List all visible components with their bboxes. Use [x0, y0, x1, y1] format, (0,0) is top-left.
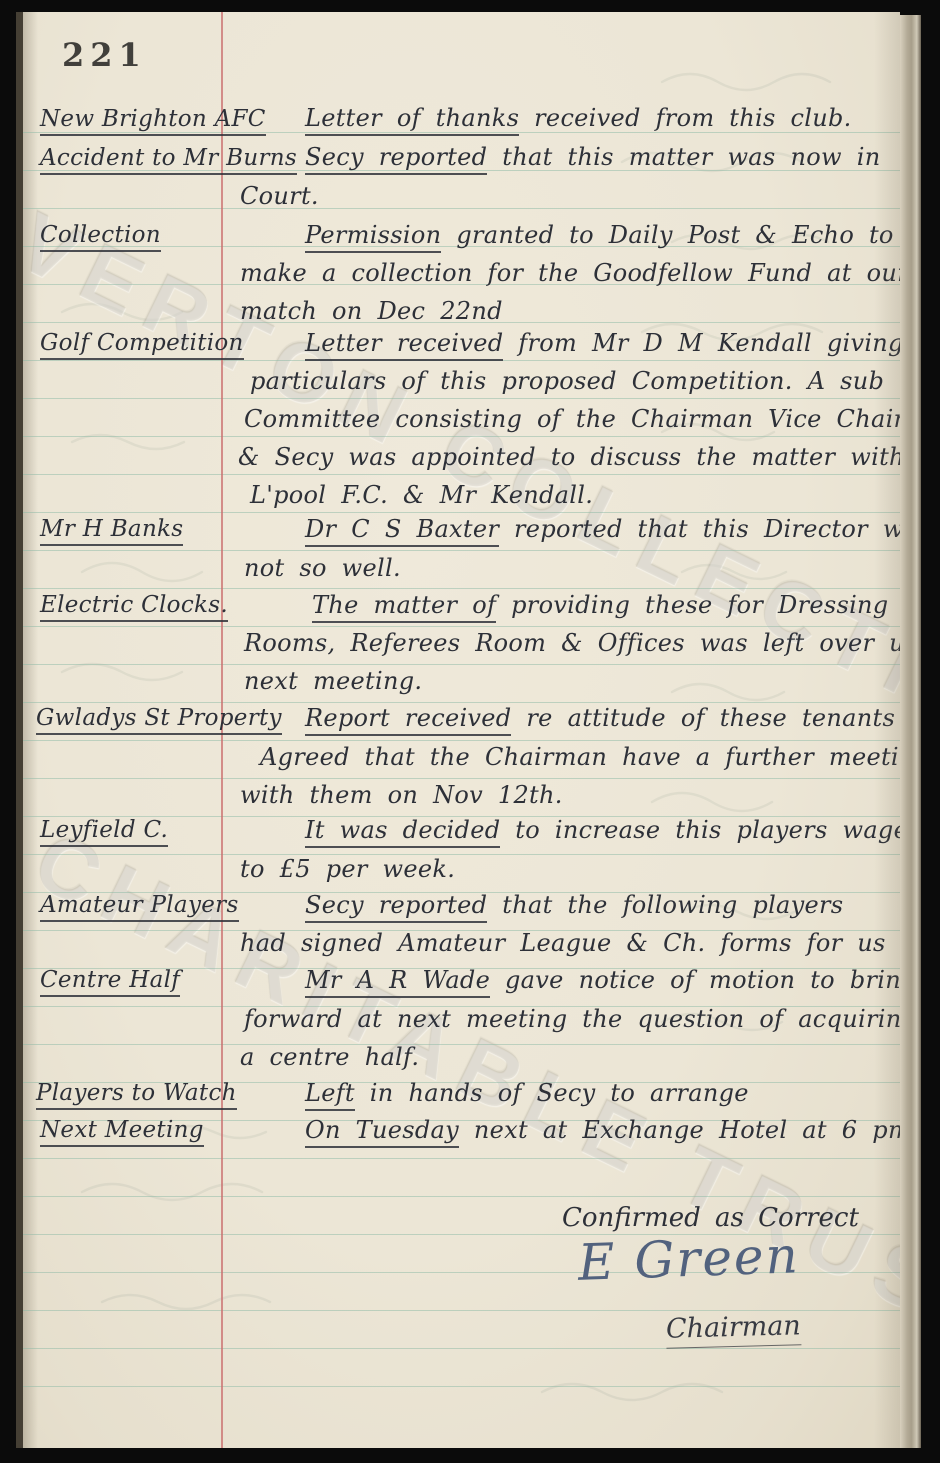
line-text: had signed Amateur League & Ch. forms fo… — [240, 929, 886, 957]
entry-heading: Next Meeting — [40, 1117, 204, 1143]
page-number-stamp: 221 — [62, 36, 147, 74]
entry-heading: Electric Clocks. — [40, 592, 228, 618]
line-text: Committee consisting of the Chairman Vic… — [244, 405, 900, 433]
chairman-signature: E Green — [577, 1226, 801, 1292]
line-text: a centre half. — [240, 1043, 419, 1071]
heading-text: Golf Competition — [40, 330, 244, 360]
entry-line: with them on Nov 12th. — [240, 781, 563, 809]
underlined-lead: Letter received — [305, 329, 503, 361]
entry-line: Permission granted to Daily Post & Echo … — [305, 221, 894, 249]
heading-text: Collection — [40, 222, 161, 252]
entry-line: particulars of this proposed Competition… — [250, 367, 884, 395]
heading-text: Leyfield C. — [40, 817, 168, 847]
line-text: particulars of this proposed Competition… — [250, 367, 884, 395]
line-rest: received from this club. — [519, 104, 851, 132]
heading-text: Accident to Mr Burns — [40, 145, 297, 175]
entry-line: Committee consisting of the Chairman Vic… — [244, 405, 900, 433]
entry-heading: Collection — [40, 222, 161, 248]
entry-line: to £5 per week. — [240, 855, 455, 883]
line-rest: that this matter was now in — [487, 143, 880, 171]
entry-heading: Accident to Mr Burns — [40, 145, 297, 171]
line-text: not so well. — [244, 554, 401, 582]
entry-line: Dr C S Baxter reported that this Directo… — [305, 515, 900, 543]
line-rest: from Mr D M Kendall giving — [503, 329, 900, 357]
entry-line: match on Dec 22nd — [240, 297, 503, 325]
line-rest: re attitude of these tenants - — [511, 704, 900, 732]
entry-heading: Golf Competition — [40, 330, 244, 356]
entry-line: L'pool F.C. & Mr Kendall. — [250, 481, 593, 509]
entry-line: Court. — [240, 182, 319, 210]
underlined-lead: Permission — [305, 221, 441, 253]
line-rest: providing these for Dressing — [496, 591, 888, 619]
entry-line: make a collection for the Goodfellow Fun… — [240, 259, 900, 287]
line-text: make a collection for the Goodfellow Fun… — [240, 259, 900, 287]
entry-heading: Mr H Banks — [40, 516, 183, 542]
heading-text: Electric Clocks. — [40, 592, 228, 622]
entry-line: The matter of providing these for Dressi… — [312, 591, 888, 619]
entry-line: & Secy was appointed to discuss the matt… — [238, 443, 900, 471]
binding-gutter-edge — [16, 12, 23, 1448]
entry-heading: Centre Half — [40, 967, 180, 993]
heading-text: Next Meeting — [40, 1117, 204, 1147]
entry-line: had signed Amateur League & Ch. forms fo… — [240, 929, 886, 957]
entry-line: Secy reported that this matter was now i… — [305, 143, 880, 171]
entry-line: It was decided to increase this players … — [305, 816, 900, 844]
underlined-lead: Report received — [305, 704, 511, 736]
underlined-lead: Secy reported — [305, 891, 487, 923]
entry-heading: Players to Watch — [36, 1080, 237, 1106]
entry-line: Letter of thanks received from this club… — [305, 104, 852, 132]
line-rest: reported that this Director was — [499, 515, 900, 543]
underlined-lead: Letter of thanks — [305, 104, 519, 136]
heading-text: Gwladys St Property — [36, 705, 282, 735]
heading-text: Mr H Banks — [40, 516, 183, 546]
entry-line: Agreed that the Chairman have a further … — [260, 743, 900, 771]
heading-text: Amateur Players — [40, 892, 239, 922]
heading-text: Players to Watch — [36, 1080, 237, 1110]
entry-line: Rooms, Referees Room & Offices was left … — [244, 629, 900, 657]
line-text: with them on Nov 12th. — [240, 781, 563, 809]
underlined-lead: Mr A R Wade — [305, 966, 490, 998]
heading-text: New Brighton AFC — [40, 106, 266, 136]
underlined-lead: Left — [305, 1079, 355, 1111]
underlined-lead: Secy reported — [305, 143, 487, 175]
line-text: Court. — [240, 182, 319, 210]
line-text: Agreed that the Chairman have a further … — [260, 743, 900, 771]
line-rest: next at Exchange Hotel at 6 pm — [459, 1116, 900, 1144]
line-rest: in hands of Secy to arrange — [355, 1079, 749, 1107]
minute-book-page: EVERTON COLLECTION CHARITABLE TRUST 221 … — [22, 12, 900, 1448]
embossed-watermark-line1: EVERTON COLLECTION — [22, 162, 900, 787]
line-text: & Secy was appointed to discuss the matt… — [238, 443, 900, 471]
entry-line: Left in hands of Secy to arrange — [305, 1079, 749, 1107]
underlined-lead: It was decided — [305, 816, 500, 848]
underlined-lead: The matter of — [312, 591, 496, 623]
line-rest: that the following players — [487, 891, 843, 919]
entry-line: Mr A R Wade gave notice of motion to bri… — [305, 966, 900, 994]
entry-line: not so well. — [244, 554, 401, 582]
line-text: match on Dec 22nd — [240, 297, 503, 325]
line-rest: granted to Daily Post & Echo to — [441, 221, 893, 249]
line-text: forward at next meeting the question of … — [244, 1005, 900, 1033]
entry-heading: Leyfield C. — [40, 817, 168, 843]
entry-line: forward at next meeting the question of … — [244, 1005, 900, 1033]
underlined-lead: On Tuesday — [305, 1116, 459, 1148]
adjacent-page-edge — [900, 15, 921, 1448]
line-text: L'pool F.C. & Mr Kendall. — [250, 481, 593, 509]
entry-line: next meeting. — [244, 667, 422, 695]
line-rest: gave notice of motion to bring — [490, 966, 900, 994]
scanned-minute-book: { "page_number": "221", "watermark": { "… — [0, 0, 940, 1463]
entry-line: On Tuesday next at Exchange Hotel at 6 p… — [305, 1116, 900, 1144]
line-text: next meeting. — [244, 667, 422, 695]
line-rest: to increase this players wages — [500, 816, 900, 844]
entry-heading: Amateur Players — [40, 892, 239, 918]
entry-line: a centre half. — [240, 1043, 419, 1071]
underlined-lead: Dr C S Baxter — [305, 515, 499, 547]
entry-line: Secy reported that the following players — [305, 891, 843, 919]
line-text: to £5 per week. — [240, 855, 455, 883]
chairman-title: Chairman — [666, 1310, 802, 1349]
heading-text: Centre Half — [40, 967, 180, 997]
entry-line: Letter received from Mr D M Kendall givi… — [305, 329, 900, 357]
entry-line: Report received re attitude of these ten… — [305, 704, 900, 732]
line-text: Rooms, Referees Room & Offices was left … — [244, 629, 900, 657]
entry-heading: Gwladys St Property — [36, 705, 282, 731]
entry-heading: New Brighton AFC — [40, 106, 266, 132]
